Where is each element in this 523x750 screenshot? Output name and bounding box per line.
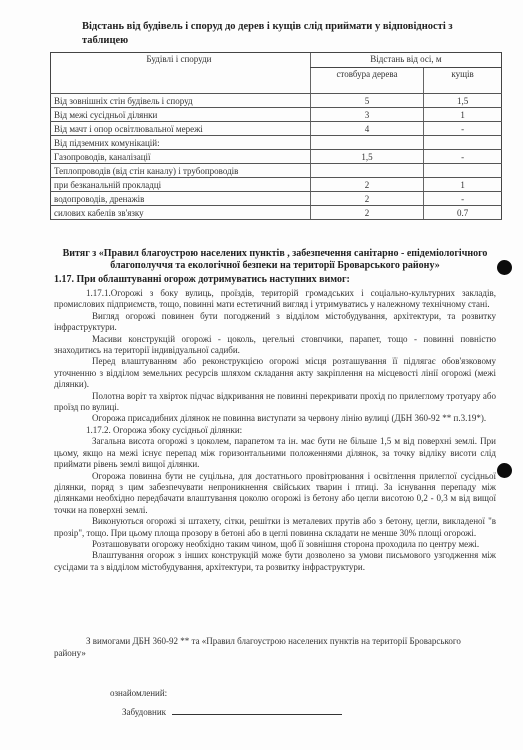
table-row: Від зовнішніх стін будівель і споруд51,5 [51,94,502,108]
document-page: Відстань від будівель і споруд до дерев … [0,0,523,750]
cell-bush: 1,5 [424,94,502,108]
table-heading: Відстань від будівель і споруд до дерев … [82,20,482,48]
distance-table: Будівлі і споруди Відстань від осі, м ст… [50,52,502,220]
col-header-tree: стовбура дерева [310,67,423,93]
cell-bush [424,136,502,150]
ink-blot [497,463,512,478]
paragraph: Полотна воріт та хвірток підчас відкрива… [54,391,496,414]
table-row: Від мачт і опор освітлювальної мережі4- [51,122,502,136]
extract-title: Витяг з «Правил благоустрою населених пу… [55,248,495,272]
footer-paragraph: З вимогами ДБН 360-92 ** та «Правил благ… [54,635,484,659]
paragraph: 1.17.1.Огорожі з боку вулиць, проїздів, … [54,288,496,311]
cell-bush: 1 [424,108,502,122]
cell-tree: 1,5 [310,150,423,164]
cell-tree: 5 [310,94,423,108]
table-row: силових кабелів зв'язку20.7 [51,206,502,220]
paragraph: Загальна висота огорожі з цоколем, парап… [54,436,496,470]
cell-name: при безканальній прокладці [51,178,311,192]
table-row: водопроводів, дренажів2- [51,192,502,206]
cell-tree: 2 [310,178,423,192]
paragraph: Масиви конструкцій огорожі - цоколь, цег… [54,334,496,357]
cell-tree: 2 [310,192,423,206]
rules-body: 1.17.1.Огорожі з боку вулиць, проїздів, … [54,288,496,573]
cell-tree: 4 [310,122,423,136]
table-row: при безканальній прокладці21 [51,178,502,192]
paragraph: Вигляд огорожі повинен бути погоджений з… [54,311,496,334]
table-row: Теплопроводів (від стін каналу) і трубоп… [51,164,502,178]
paragraph: Огорожа повинна бути не суцільна, для до… [54,471,496,517]
builder-signature-field: Забудовник [122,706,342,717]
cell-bush: - [424,192,502,206]
ink-blot [497,260,512,275]
cell-bush [424,164,502,178]
signature-line [172,706,342,715]
paragraph: Розташовувати огорожу необхідно таким чи… [54,539,496,550]
col-header-distance: Відстань від осі, м [310,53,501,68]
table-row: Газопроводів, каналізації1,5- [51,150,502,164]
cell-name: силових кабелів зв'язку [51,206,311,220]
cell-tree [310,164,423,178]
cell-tree: 3 [310,108,423,122]
subsection-heading: 1.17.2. Огорожа збоку сусідньої ділянки: [54,425,496,436]
cell-name: Від підземних комунікацій: [51,136,311,150]
footer-statement: З вимогами ДБН 360-92 ** та «Правил благ… [54,635,484,659]
col-header-bush: кущів [424,67,502,93]
table-row: Від підземних комунікацій: [51,136,502,150]
cell-bush: - [424,150,502,164]
cell-name: Від межі сусідньої ділянки [51,108,311,122]
cell-tree [310,136,423,150]
cell-bush: 0.7 [424,206,502,220]
paragraph: Перед влаштуванням або реконструкцією ог… [54,356,496,390]
acknowledged-label: ознайомлений: [110,688,167,698]
cell-bush: - [424,122,502,136]
table-row: Від межі сусідньої ділянки31 [51,108,502,122]
builder-label: Забудовник [122,707,166,717]
paragraph: Огорожа присадибних ділянок не повинна в… [54,413,496,424]
cell-name: Теплопроводів (від стін каналу) і трубоп… [51,164,311,178]
paragraph: Виконуються огорожі зі штахету, сітки, р… [54,516,496,539]
cell-name: Від зовнішніх стін будівель і споруд [51,94,311,108]
cell-name: водопроводів, дренажів [51,192,311,206]
col-header-buildings: Будівлі і споруди [51,53,311,94]
paragraph: Влаштування огорож з інших конструкцій м… [54,550,496,573]
cell-name: Від мачт і опор освітлювальної мережі [51,122,311,136]
section-heading: 1.17. При облаштуванні огорож дотримуват… [54,274,350,285]
cell-tree: 2 [310,206,423,220]
cell-name: Газопроводів, каналізації [51,150,311,164]
cell-bush: 1 [424,178,502,192]
